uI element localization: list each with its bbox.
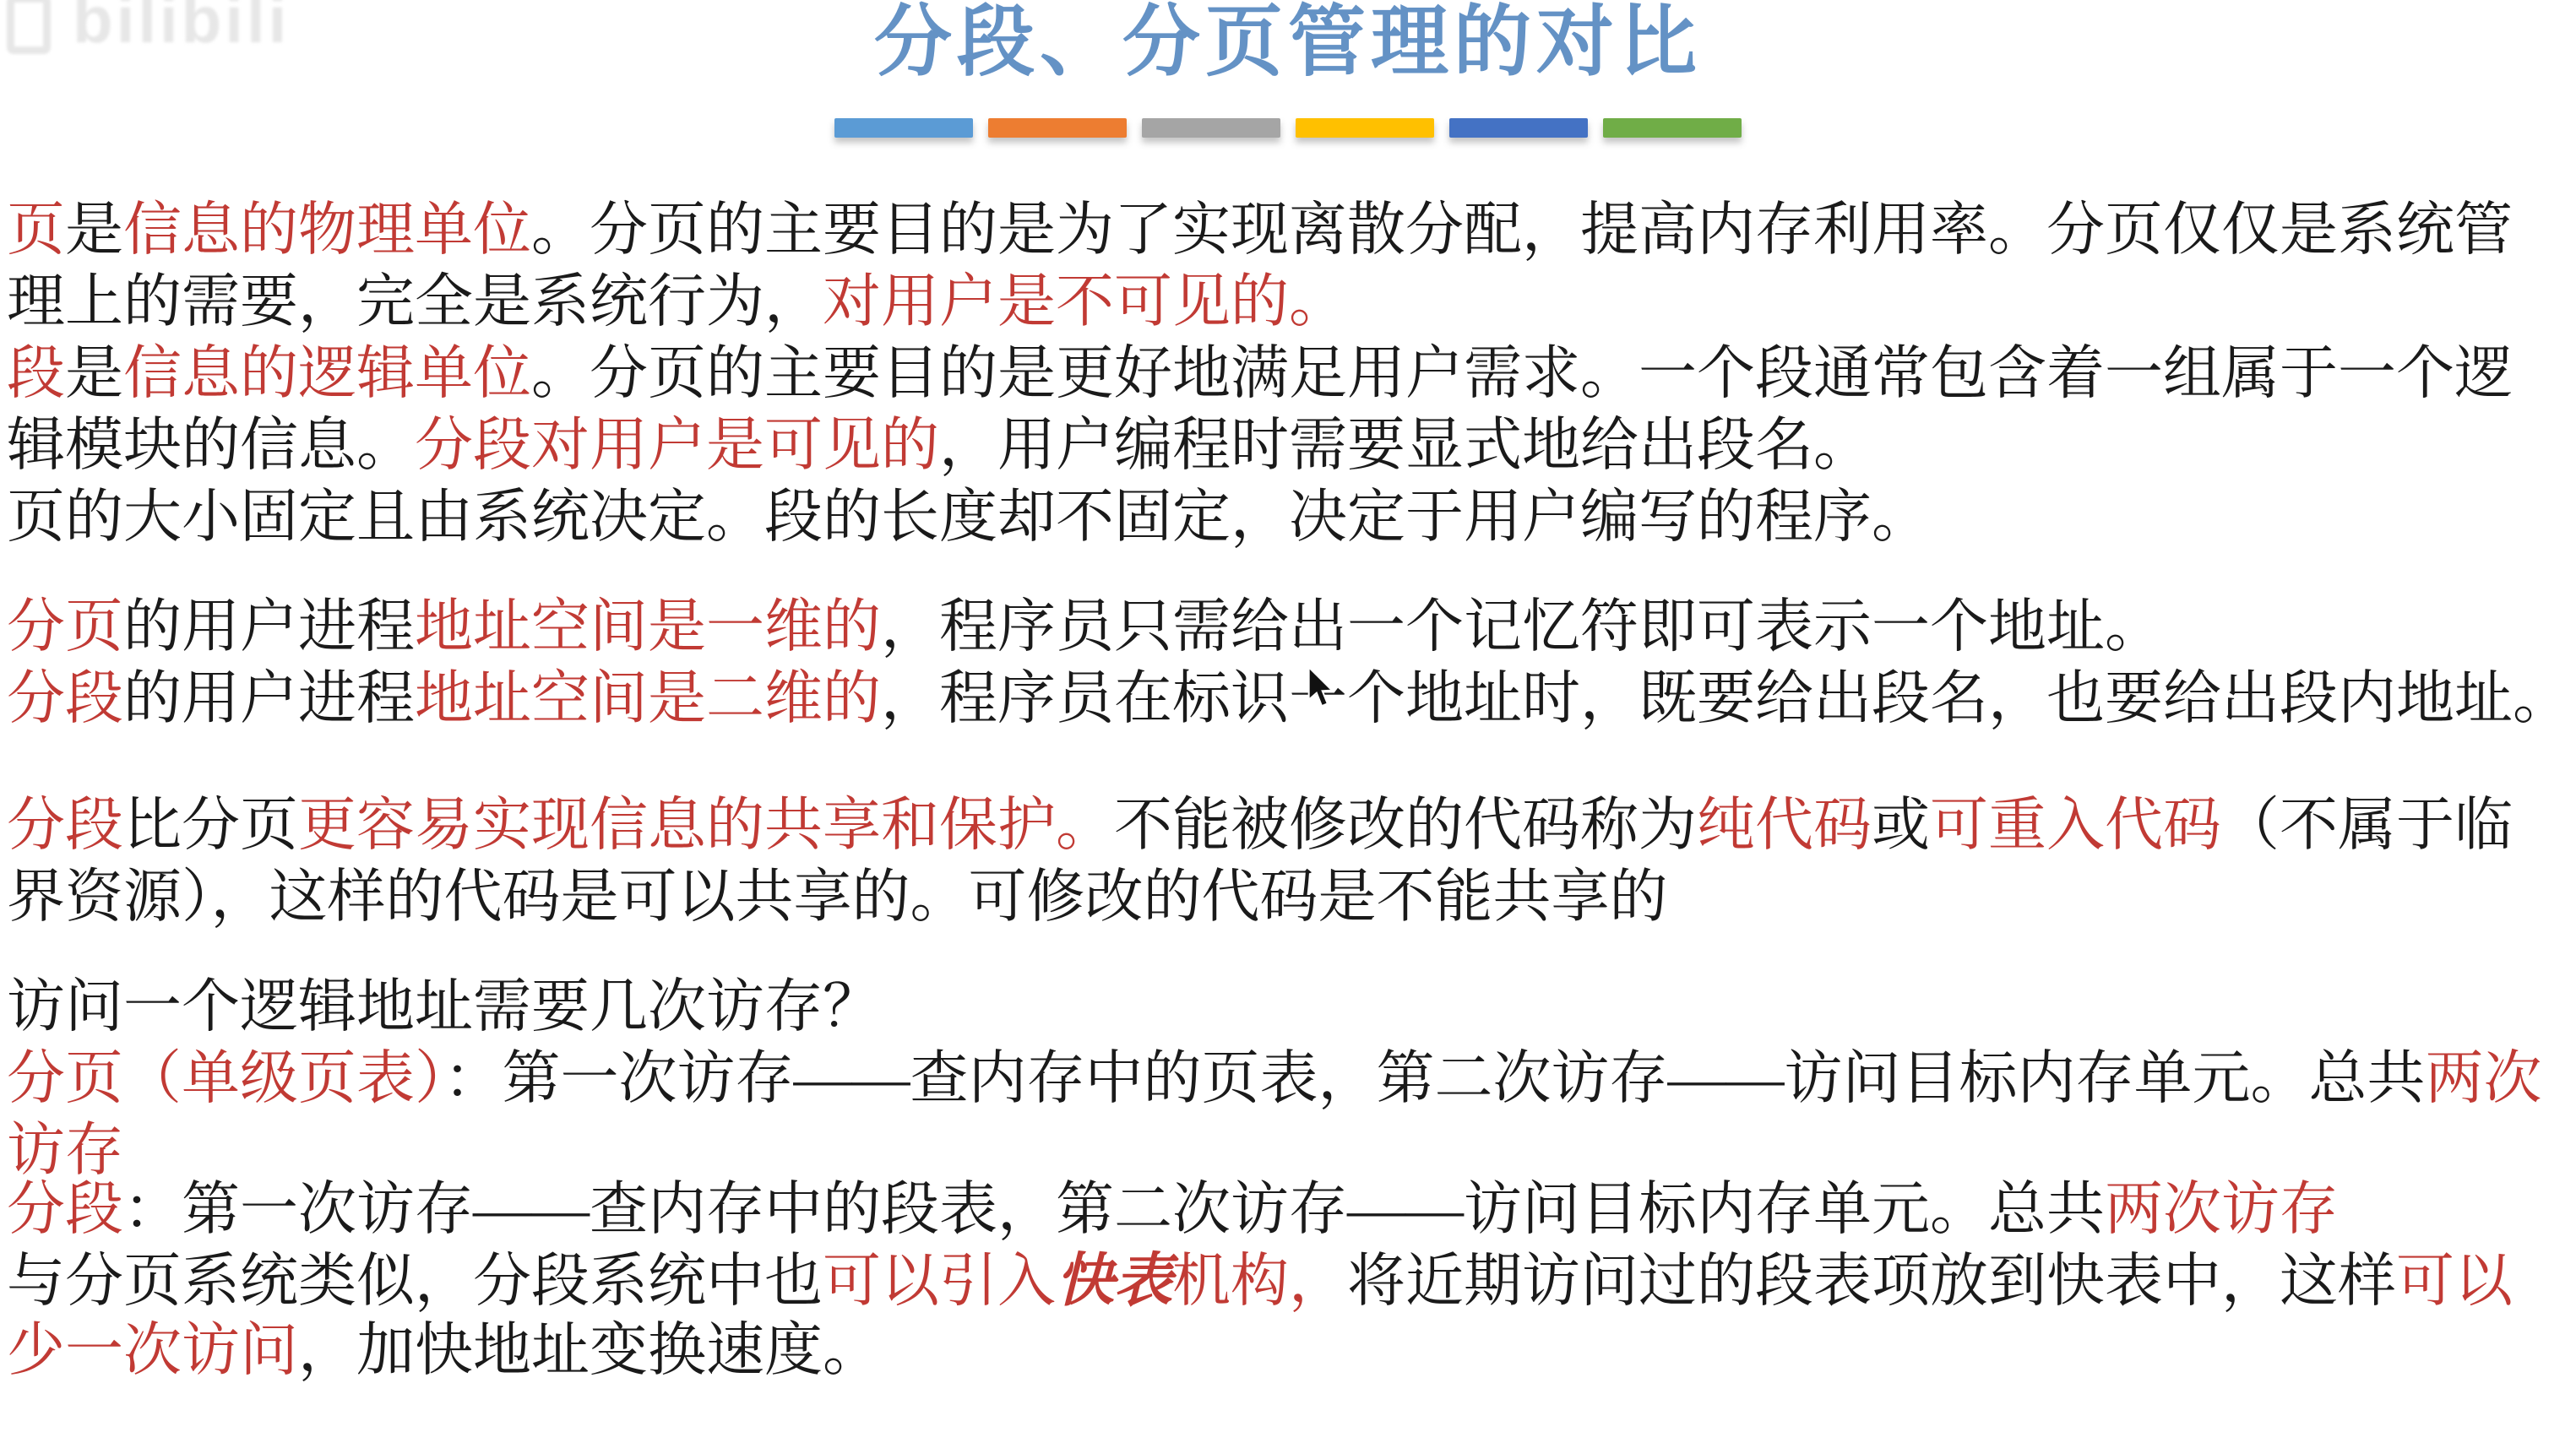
text-line: 分段的用户进程地址空间是二维的，程序员在标识一个地址时，既要给出段名，也要给出段… (7, 670, 2571, 728)
text-segment: 两次访存 (2105, 1177, 2338, 1241)
text-segment: 与分页系统类似，分段系统中也 (7, 1249, 823, 1313)
text-segment: 机构， (1172, 1249, 1347, 1313)
text-line: 少一次访问，加快地址变换速度。 (7, 1321, 881, 1380)
text-segment: 分段 (7, 793, 123, 857)
text-segment: 不能被修改的代码称为 (1114, 793, 1697, 857)
text-segment: 是 (65, 341, 123, 405)
text-segment: ，程序员只需给出一个记忆符即可表示一个地址。 (881, 594, 2163, 659)
text-segment: 少一次访问 (7, 1318, 298, 1382)
slide-text: 页是信息的物理单位。分页的主要目的是为了实现离散分配，提高内存利用率。分页仅仅是… (7, 0, 2576, 1432)
text-segment: 分段对用户是可见的 (415, 413, 939, 477)
text-segment: 。分页的主要目的是为了实现离散分配，提高内存利用率。分页仅仅是系统管 (531, 198, 2513, 262)
text-segment: 访存 (7, 1118, 123, 1182)
text-segment: 访问一个逻辑地址需要几次访存？ (7, 974, 881, 1039)
text-segment: 界资源），这样的代码是可以共享的。可修改的代码是不能共享的 (7, 865, 1668, 929)
text-segment: 分页（单级页表） (7, 1046, 444, 1110)
text-line: 分段比分页更容易实现信息的共享和保护。不能被修改的代码称为纯代码或可重入代码（不… (7, 796, 2513, 854)
text-segment: 是 (65, 198, 123, 262)
text-segment: 纯代码 (1697, 793, 1872, 857)
text-segment: 页的大小固定且由系统决定。段的长度却不固定，决定于用户编写的程序。 (7, 485, 1930, 549)
text-segment: ：第一次访存——查内存中的段表，第二次访存——访问目标内存单元。总共 (123, 1177, 2105, 1241)
text-segment: 。分页的主要目的是更好地满足用户需求。一个段通常包含着一组属于一个逻 (531, 341, 2513, 405)
text-segment: 分页 (7, 594, 123, 659)
text-segment: 信息的物理单位 (123, 198, 531, 262)
text-line: 界资源），这样的代码是可以共享的。可修改的代码是不能共享的 (7, 868, 1668, 926)
text-segment: 或 (1872, 793, 1930, 857)
mouse-cursor (1307, 665, 1341, 714)
text-line: 页是信息的物理单位。分页的主要目的是为了实现离散分配，提高内存利用率。分页仅仅是… (7, 201, 2513, 259)
text-segment: 理上的需要，完全是系统行为， (7, 269, 823, 334)
text-segment: 段 (7, 341, 65, 405)
text-segment: 页 (7, 198, 65, 262)
text-segment: 辑模块的信息。 (7, 413, 415, 477)
text-segment: 可重入代码 (1930, 793, 2221, 857)
text-segment: 更容易实现信息的共享和保护。 (298, 793, 1114, 857)
text-segment: 两次 (2426, 1046, 2542, 1110)
text-segment: 可以引入 (823, 1249, 1056, 1313)
text-line: 辑模块的信息。分段对用户是可见的，用户编程时需要显式地给出段名。 (7, 416, 1872, 475)
text-line: 访存 (7, 1121, 123, 1180)
text-line: 页的大小固定且由系统决定。段的长度却不固定，决定于用户编写的程序。 (7, 488, 1930, 546)
text-segment: 快表 (1056, 1249, 1172, 1313)
text-line: 与分页系统类似，分段系统中也可以引入快表机构，将近期访问过的段表项放到快表中，这… (7, 1252, 2513, 1310)
text-segment: ：第一次访存——查内存中的页表，第二次访存——访问目标内存单元。总共 (444, 1046, 2426, 1110)
text-segment: ，用户编程时需要显式地给出段名。 (939, 413, 1872, 477)
text-segment: 的用户进程 (123, 666, 415, 730)
text-line: 分段：第一次访存——查内存中的段表，第二次访存——访问目标内存单元。总共两次访存 (7, 1180, 2338, 1239)
text-segment: 分段 (7, 1177, 123, 1241)
text-segment: 将近期访问过的段表项放到快表中，这样 (1347, 1249, 2396, 1313)
text-segment: 地址空间是二维的 (415, 666, 881, 730)
text-segment: 对用户是不可见的。 (823, 269, 1347, 334)
text-line: 理上的需要，完全是系统行为，对用户是不可见的。 (7, 273, 1347, 331)
text-segment: ，加快地址变换速度。 (298, 1318, 881, 1382)
text-segment: 地址空间是一维的 (415, 594, 881, 659)
text-segment: 分段 (7, 666, 123, 730)
text-line: 分页的用户进程地址空间是一维的，程序员只需给出一个记忆符即可表示一个地址。 (7, 598, 2163, 656)
text-segment: ，程序员在标识一个地址时，既要给出段名，也要给出段内地址。 (881, 666, 2571, 730)
text-line: 段是信息的逻辑单位。分页的主要目的是更好地满足用户需求。一个段通常包含着一组属于… (7, 344, 2513, 403)
text-segment: 比分页 (123, 793, 298, 857)
text-segment: 信息的逻辑单位 (123, 341, 531, 405)
text-segment: （不属于临 (2221, 793, 2513, 857)
text-segment: 可以 (2396, 1249, 2513, 1313)
text-segment: 的用户进程 (123, 594, 415, 659)
text-line: 访问一个逻辑地址需要几次访存？ (7, 978, 881, 1036)
text-line: 分页（单级页表）：第一次访存——查内存中的页表，第二次访存——访问目标内存单元。… (7, 1050, 2542, 1108)
